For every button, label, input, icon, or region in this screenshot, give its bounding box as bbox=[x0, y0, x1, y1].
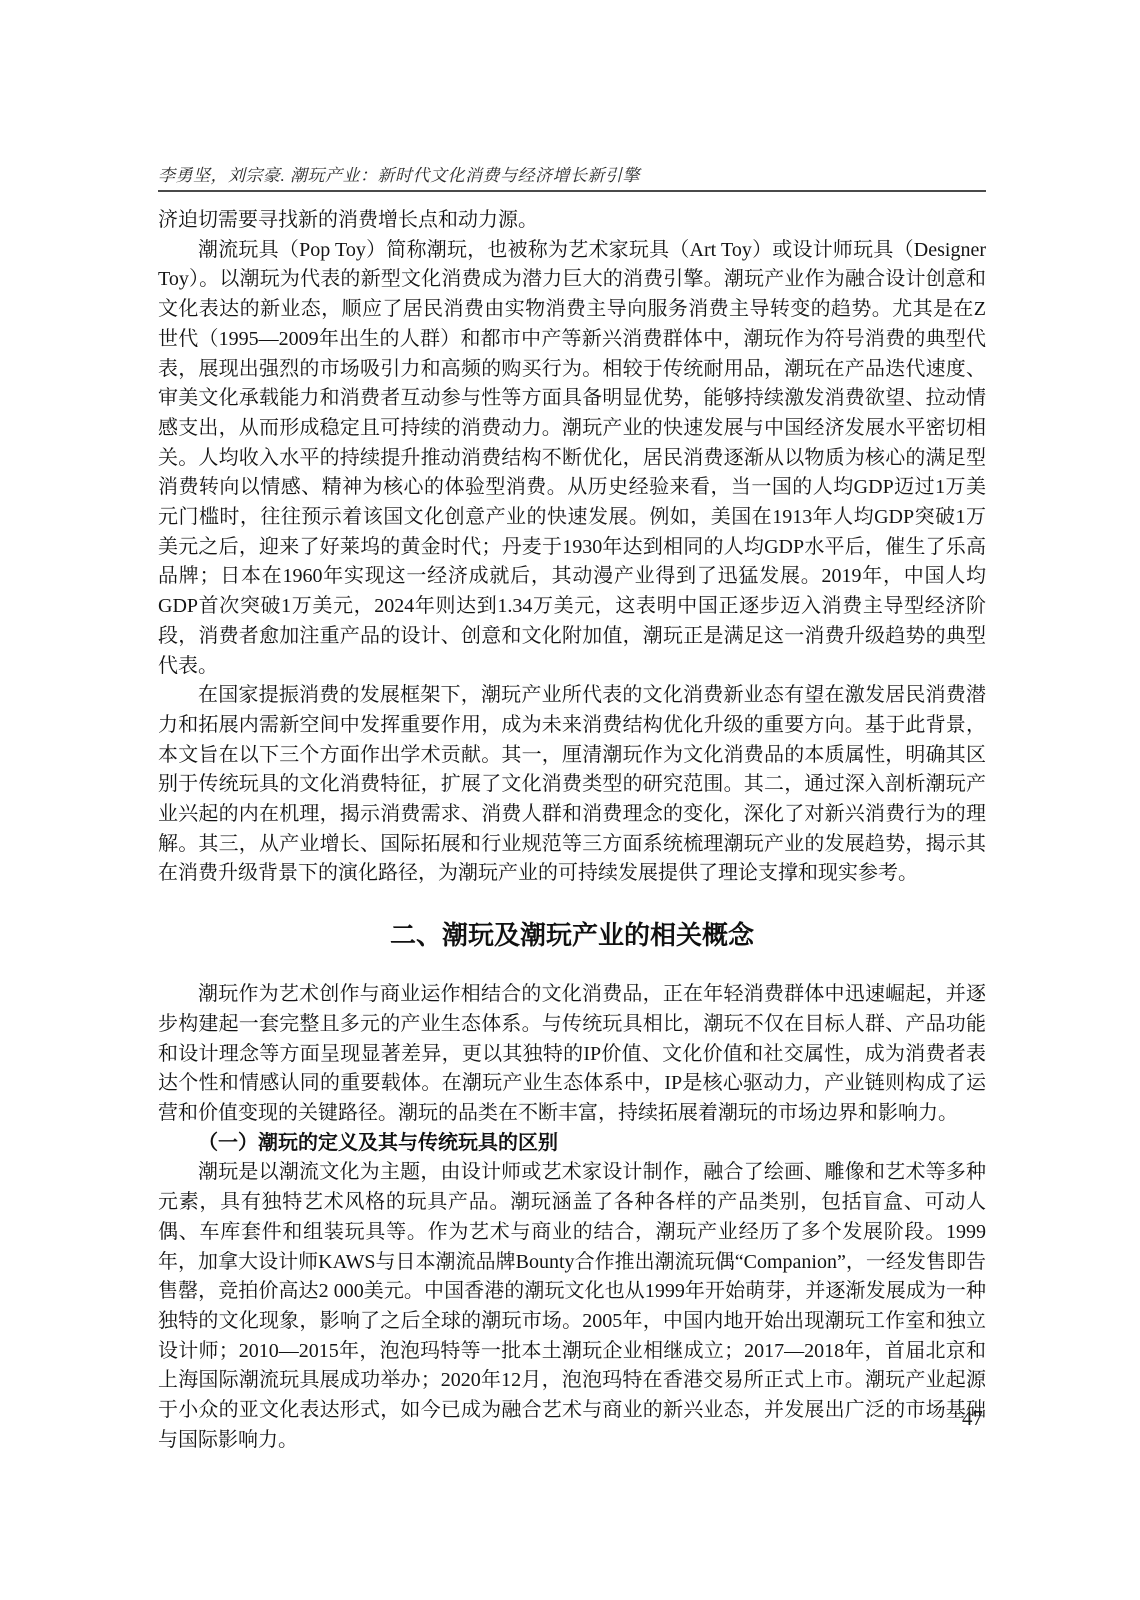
paragraph-research-contributions: 在国家提振消费的发展框架下，潮玩产业所代表的文化消费新业态有望在激发居民消费潜力… bbox=[158, 681, 986, 889]
page-number: 47 bbox=[962, 1406, 983, 1431]
document-page: 李勇坚，刘宗豪. 潮玩产业：新时代文化消费与经济增长新引擎 济迫切需要寻找新的消… bbox=[0, 0, 1140, 1600]
running-head: 李勇坚，刘宗豪. 潮玩产业：新时代文化消费与经济增长新引擎 bbox=[158, 161, 986, 186]
paragraph-industry-ecosystem: 潮玩作为艺术创作与商业运作相结合的文化消费品，正在年轻消费群体中迅速崛起，并逐步… bbox=[158, 980, 986, 1129]
header-rule bbox=[158, 190, 986, 192]
subsection-heading: （一）潮玩的定义及其与传统玩具的区别 bbox=[158, 1129, 986, 1159]
article-body: 济迫切需要寻找新的消费增长点和动力源。 潮流玩具（Pop Toy）简称潮玩，也被… bbox=[158, 206, 986, 1455]
paragraph-definition-history: 潮玩是以潮流文化为主题，由设计师或艺术家设计制作，融合了绘画、雕像和艺术等多种元… bbox=[158, 1158, 986, 1455]
section-heading: 二、潮玩及潮玩产业的相关概念 bbox=[158, 917, 986, 953]
continuation-paragraph: 济迫切需要寻找新的消费增长点和动力源。 bbox=[158, 206, 986, 236]
paragraph-pop-toy-intro: 潮流玩具（Pop Toy）简称潮玩，也被称为艺术家玩具（Art Toy）或设计师… bbox=[158, 236, 986, 682]
